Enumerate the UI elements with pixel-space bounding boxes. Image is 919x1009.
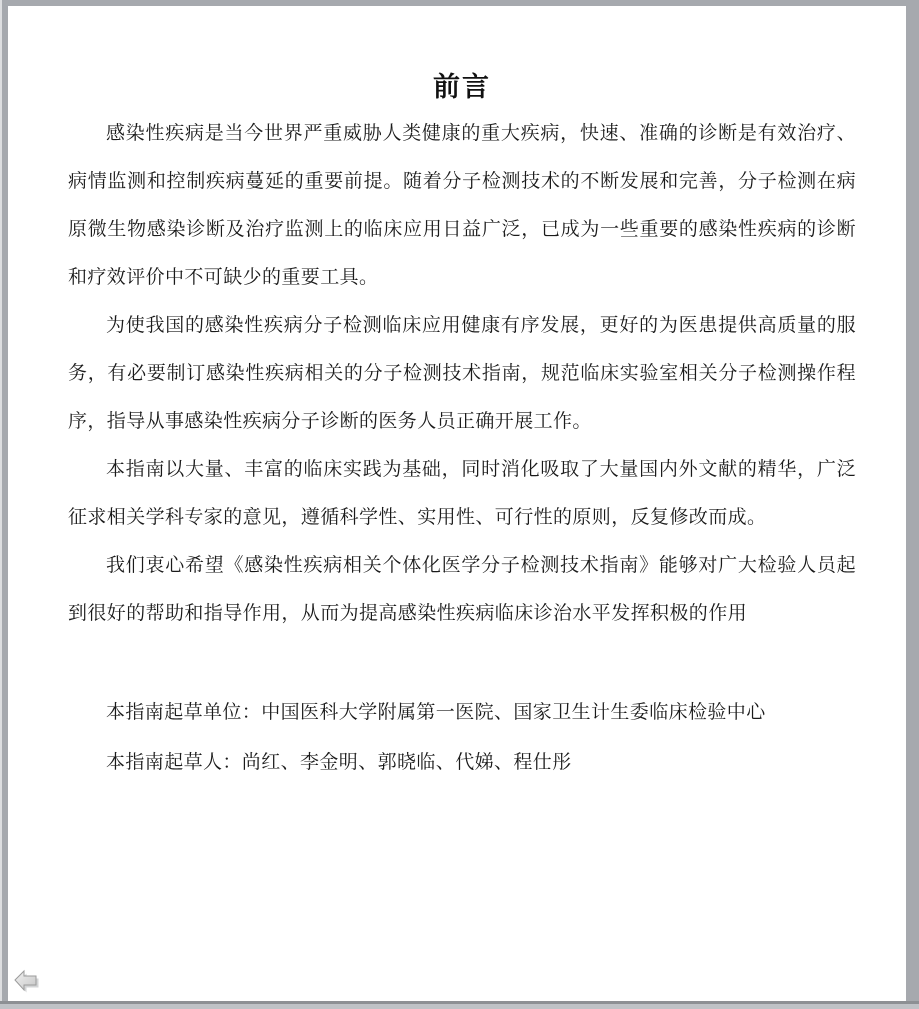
credit-line-drafting-unit: 本指南起草单位：中国医科大学附属第一医院、国家卫生计生委临床检验中心 (68, 688, 856, 738)
credits-block: 本指南起草单位：中国医科大学附属第一医院、国家卫生计生委临床检验中心 本指南起草… (68, 688, 856, 788)
frame-edge-highlight (0, 0, 2, 1009)
paragraph-2: 为使我国的感染性疾病分子检测临床应用健康有序发展，更好的为医患提供高质量的服务，… (68, 302, 856, 446)
paragraph-1: 感染性疾病是当今世界严重威胁人类健康的重大疾病，快速、准确的诊断是有效治疗、病情… (68, 110, 856, 302)
page-title: 前言 (68, 64, 856, 110)
paragraph-3: 本指南以大量、丰富的临床实践为基础，同时消化吸取了大量国内外文献的精华，广泛征求… (68, 446, 856, 542)
document-page: 前言 感染性疾病是当今世界严重威胁人类健康的重大疾病，快速、准确的诊断是有效治疗… (8, 6, 906, 1001)
credit-line-drafters: 本指南起草人：尚红、李金明、郭晓临、代娣、程仕彤 (68, 738, 856, 788)
bottom-scroll-band (0, 1001, 919, 1009)
previous-page-arrow-icon[interactable] (13, 967, 39, 993)
paragraph-4: 我们衷心希望《感染性疾病相关个体化医学分子检测技术指南》能够对广大检验人员起到很… (68, 542, 856, 638)
